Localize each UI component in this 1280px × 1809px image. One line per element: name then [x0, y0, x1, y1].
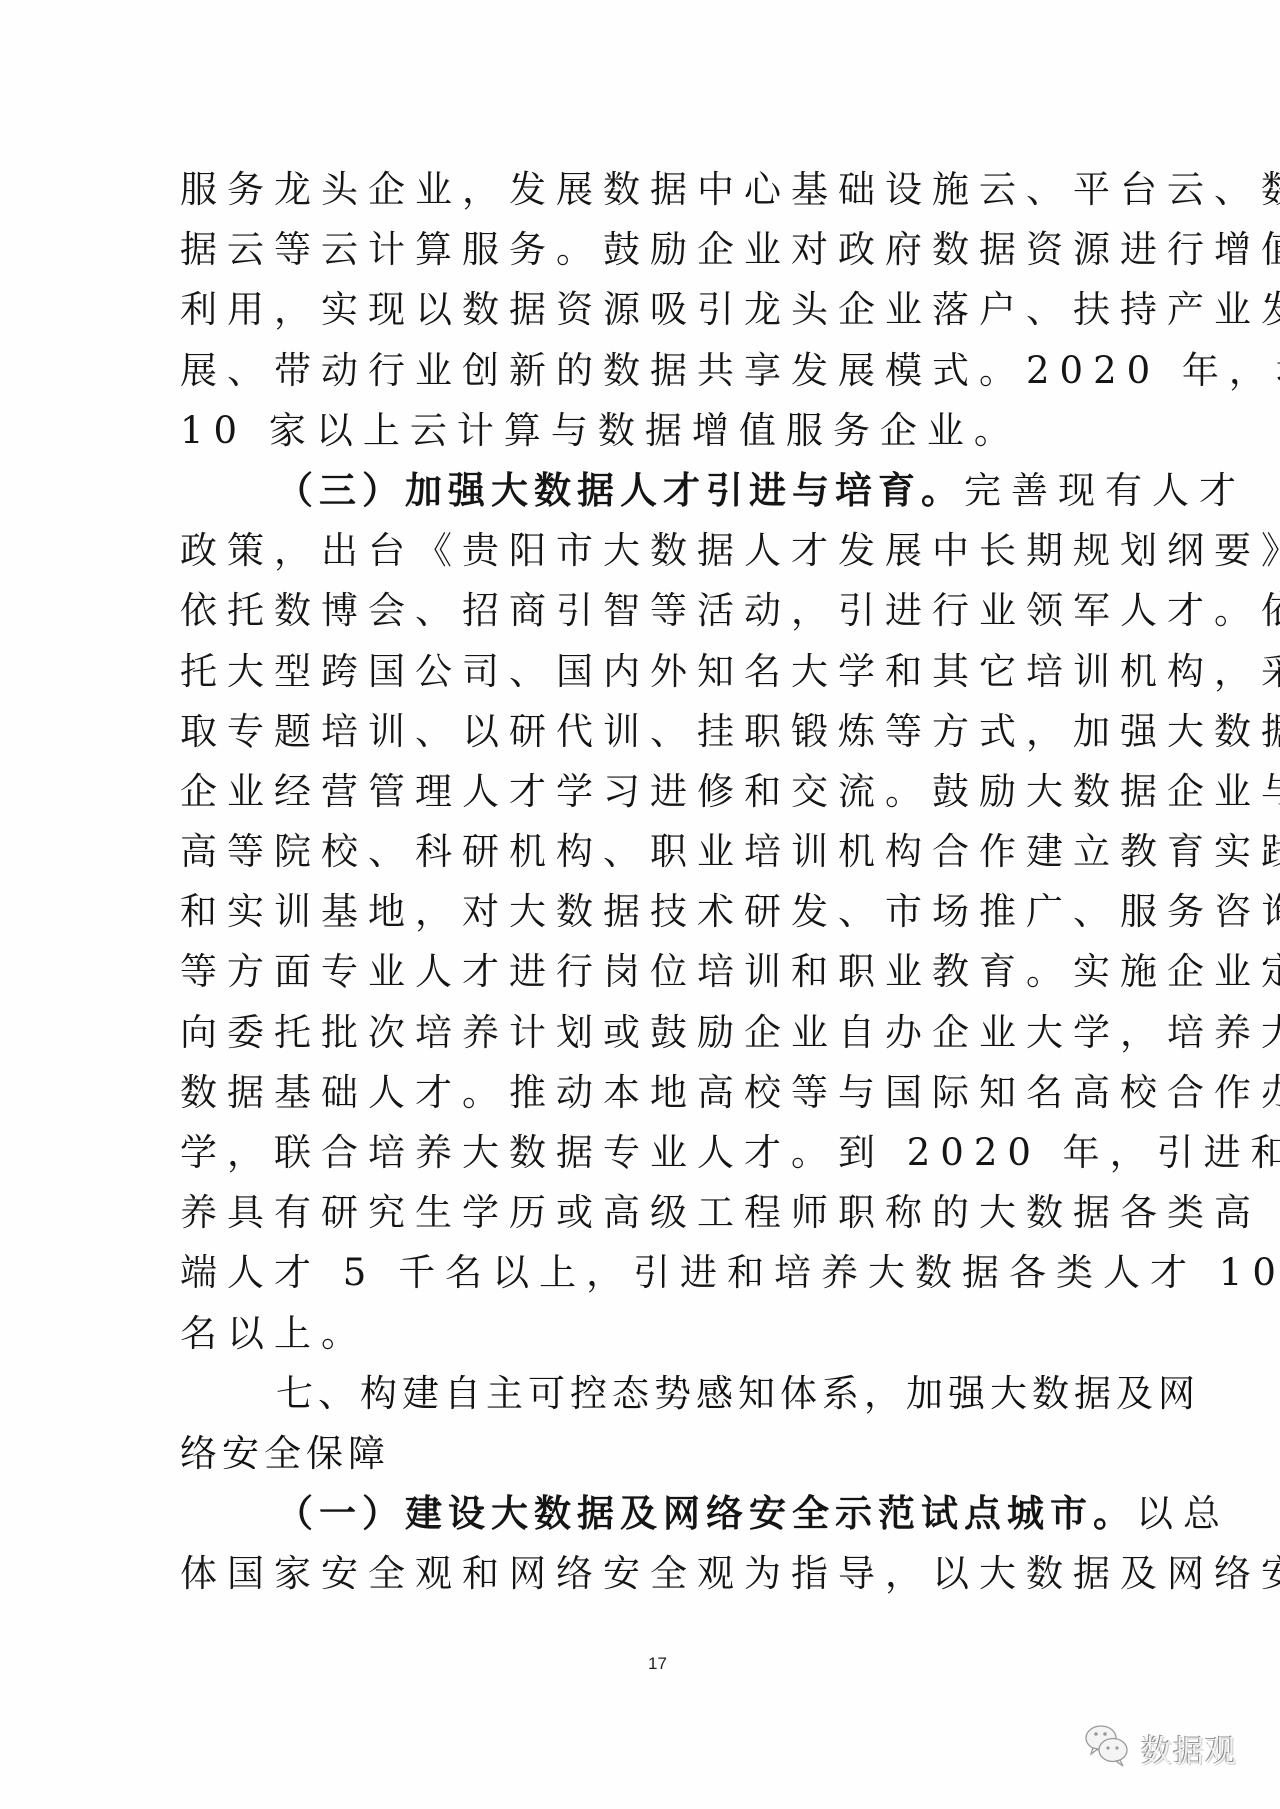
- text-line: 和实训基地，对大数据技术研发、市场推广、服务咨询: [180, 882, 1102, 942]
- text-line: 依托数博会、招商引智等活动，引进行业领军人才。依: [180, 581, 1102, 641]
- subheading-3-title: （三）加强大数据人才引进与培育。: [276, 469, 964, 512]
- document-page: 服务龙头企业，发展数据中心基础设施云、平台云、数 据云等云计算服务。鼓励企业对政…: [0, 0, 1280, 1809]
- text-run: 以总: [1136, 1492, 1230, 1535]
- text-line: 向委托批次培养计划或鼓励企业自办企业大学，培养大: [180, 1003, 1102, 1063]
- text-line: 体国家安全观和网络安全观为指导，以大数据及网络安: [180, 1544, 1102, 1604]
- text-line: 据云等云计算服务。鼓励企业对政府数据资源进行增值: [180, 220, 1102, 280]
- section-heading: 七、构建自主可控态势感知体系，加强大数据及网: [180, 1364, 1102, 1424]
- text-line: 展、带动行业创新的数据共享发展模式。2020 年，培育: [180, 341, 1102, 401]
- section-heading-cont: 络安全保障: [180, 1424, 1102, 1484]
- subheading-line: （三）加强大数据人才引进与培育。完善现有人才: [180, 461, 1102, 521]
- watermark: 数据观: [1083, 1722, 1237, 1774]
- subheading-1-title: （一）建设大数据及网络安全示范试点城市。: [276, 1492, 1136, 1535]
- text-line: 学，联合培养大数据专业人才。到 2020 年，引进和培: [180, 1123, 1102, 1183]
- subheading-line: （一）建设大数据及网络安全示范试点城市。以总: [180, 1484, 1102, 1544]
- text-line: 数据基础人才。推动本地高校等与国际知名高校合作办: [180, 1063, 1102, 1123]
- text-line: 10 家以上云计算与数据增值服务企业。: [180, 401, 1102, 461]
- text-line: 服务龙头企业，发展数据中心基础设施云、平台云、数: [180, 160, 1102, 220]
- text-line: 等方面专业人才进行岗位培训和职业教育。实施企业定: [180, 942, 1102, 1002]
- text-line: 取专题培训、以研代训、挂职锻炼等方式，加强大数据: [180, 702, 1102, 762]
- text-line: 利用，实现以数据资源吸引龙头企业落户、扶持产业发: [180, 280, 1102, 340]
- text-line: 名以上。: [180, 1304, 1102, 1364]
- page-number: 17: [648, 1654, 667, 1674]
- watermark-text: 数据观: [1141, 1726, 1237, 1771]
- text-line: 政策，出台《贵阳市大数据人才发展中长期规划纲要》。: [180, 521, 1102, 581]
- text-line: 企业经营管理人才学习进修和交流。鼓励大数据企业与: [180, 762, 1102, 822]
- text-line: 养具有研究生学历或高级工程师职称的大数据各类高: [180, 1183, 1102, 1243]
- wechat-icon: [1083, 1721, 1133, 1776]
- text-line: 端人才 5 千名以上，引进和培养大数据各类人才 10 万: [180, 1243, 1102, 1303]
- body-text: 服务龙头企业，发展数据中心基础设施云、平台云、数 据云等云计算服务。鼓励企业对政…: [180, 160, 1102, 1605]
- text-line: 托大型跨国公司、国内外知名大学和其它培训机构，采: [180, 642, 1102, 702]
- text-run: 完善现有人才: [964, 469, 1246, 512]
- text-line: 高等院校、科研机构、职业培训机构合作建立教育实践: [180, 822, 1102, 882]
